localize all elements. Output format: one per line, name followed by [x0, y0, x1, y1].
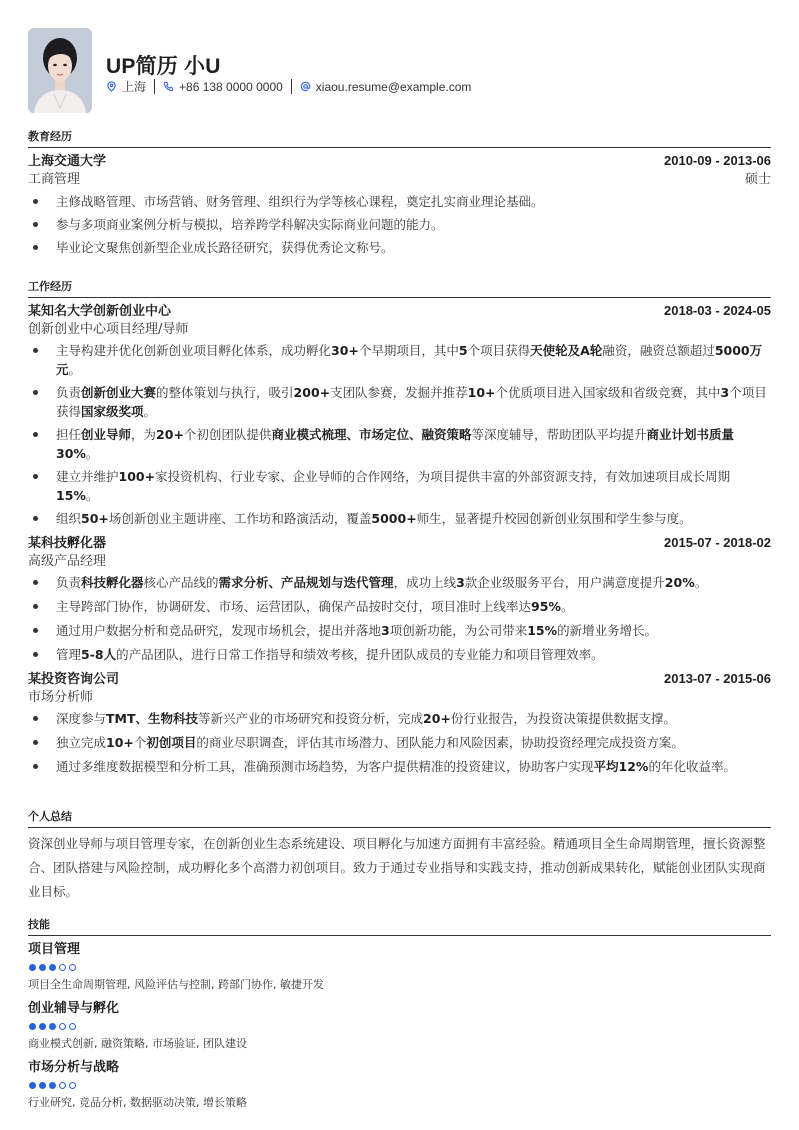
skill-tags: 商业模式创新, 融资策略, 市场验证, 团队建设 [28, 1036, 771, 1052]
contact-email[interactable]: xiaou.resume@example.com [300, 80, 472, 94]
list-item: 独立完成10+个初创项目的商业尽职调查，评估其市场潜力、团队能力和风险因素，协助… [28, 733, 771, 752]
skill-item: 项目管理 项目全生命周期管理, 风险评估与控制, 跨部门协作, 敏捷开发 [28, 940, 771, 993]
major: 工商管理 [28, 171, 80, 188]
map-pin-icon [106, 81, 117, 92]
list-item: 参与多项商业案例分析与模拟，培养跨学科解决实际商业问题的能力。 [28, 215, 771, 234]
summary-section: 个人总结 资深创业导师与项目管理专家，在创新创业生态系统建设、项目孵化与加速方面… [28, 808, 771, 904]
list-item: 通过用户数据分析和竞品研究，发现市场机会，提出并落地3项创新功能，为公司带来15… [28, 621, 771, 640]
contact-info: 上海 +86 138 0000 0000 xiaou.resume@exampl… [106, 78, 471, 95]
section-title-education: 教育经历 [28, 128, 771, 148]
filled-dot-icon [39, 1023, 46, 1030]
skill-tags: 行业研究, 竞品分析, 数据驱动决策, 增长策略 [28, 1095, 771, 1111]
skill-tags: 项目全生命周期管理, 风险评估与控制, 跨部门协作, 敏捷开发 [28, 977, 771, 993]
job-role: 市场分析师 [28, 689, 93, 706]
company-name: 某知名大学创新创业中心 [28, 303, 171, 321]
resume-header: UP简历 小U 上海 +86 138 0000 0000 [28, 0, 771, 125]
education-section: 教育经历 上海交通大学 2010-09 - 2013-06 工商管理 硕士 主修… [28, 128, 771, 261]
work-entry: 某知名大学创新创业中心 2018-03 - 2024-05 创新创业中心项目经理… [28, 302, 771, 528]
work-date: 2018-03 - 2024-05 [664, 302, 771, 320]
skill-level-dots [29, 1082, 771, 1089]
work-section: 工作经历 某知名大学创新创业中心 2018-03 - 2024-05 创新创业中… [28, 278, 771, 782]
contact-divider [154, 79, 155, 94]
filled-dot-icon [39, 964, 46, 971]
empty-dot-icon [69, 1082, 76, 1089]
skill-item: 市场分析与战略 行业研究, 竞品分析, 数据驱动决策, 增长策略 [28, 1058, 771, 1111]
list-item: 负责科技孵化器核心产品线的需求分析、产品规划与迭代管理，成功上线3款企业级服务平… [28, 573, 771, 592]
empty-dot-icon [69, 964, 76, 971]
work-date: 2013-07 - 2015-06 [664, 670, 771, 688]
at-icon [300, 81, 311, 92]
resume-page: UP简历 小U 上海 +86 138 0000 0000 [28, 0, 771, 125]
education-bullets: 主修战略管理、市场营销、财务管理、组织行为学等核心课程，奠定扎实商业理论基础。 … [28, 192, 771, 257]
empty-dot-icon [59, 1023, 66, 1030]
candidate-name: UP简历 小U [106, 50, 221, 80]
empty-dot-icon [69, 1023, 76, 1030]
skill-item: 创业辅导与孵化 商业模式创新, 融资策略, 市场验证, 团队建设 [28, 999, 771, 1052]
phone-text: +86 138 0000 0000 [179, 80, 283, 94]
work-date: 2015-07 - 2018-02 [664, 534, 771, 552]
contact-divider [291, 79, 292, 94]
contact-phone: +86 138 0000 0000 [163, 80, 283, 94]
education-date: 2010-09 - 2013-06 [664, 152, 771, 170]
list-item: 主修战略管理、市场营销、财务管理、组织行为学等核心课程，奠定扎实商业理论基础。 [28, 192, 771, 211]
location-text: 上海 [122, 78, 146, 95]
list-item: 建立并维护100+家投资机构、行业专家、企业导师的合作网络，为项目提供丰富的外部… [28, 467, 771, 505]
filled-dot-icon [39, 1082, 46, 1089]
skill-name: 市场分析与战略 [28, 1058, 771, 1078]
skill-level-dots [29, 1023, 771, 1030]
empty-dot-icon [59, 1082, 66, 1089]
list-item: 管理5-8人的产品团队，进行日常工作指导和绩效考核，提升团队成员的专业能力和项目… [28, 645, 771, 664]
list-item: 负责创新创业大赛的整体策划与执行，吸引200+支团队参赛，发掘并推荐10+个优质… [28, 383, 771, 421]
school-name: 上海交通大学 [28, 153, 106, 171]
email-link[interactable]: xiaou.resume@example.com [316, 80, 472, 94]
list-item: 主导构建并优化创新创业项目孵化体系，成功孵化30+个早期项目，其中5个项目获得天… [28, 341, 771, 379]
work-bullets: 负责科技孵化器核心产品线的需求分析、产品规划与迭代管理，成功上线3款企业级服务平… [28, 573, 771, 664]
portrait-image [28, 28, 92, 113]
empty-dot-icon [59, 964, 66, 971]
filled-dot-icon [49, 1082, 56, 1089]
work-bullets: 深度参与TMT、生物科技等新兴产业的市场研究和投资分析，完成20+份行业报告，为… [28, 709, 771, 776]
section-title-work: 工作经历 [28, 278, 771, 298]
phone-icon [163, 81, 174, 92]
degree: 硕士 [745, 171, 771, 188]
skill-level-dots [29, 964, 771, 971]
list-item: 担任创业导师，为20+个初创团队提供商业模式梳理、市场定位、融资策略等深度辅导，… [28, 425, 771, 463]
section-title-summary: 个人总结 [28, 808, 771, 828]
section-title-skills: 技能 [28, 916, 771, 936]
skill-name: 创业辅导与孵化 [28, 999, 771, 1019]
contact-location: 上海 [106, 78, 146, 95]
filled-dot-icon [49, 964, 56, 971]
filled-dot-icon [29, 964, 36, 971]
company-name: 某科技孵化器 [28, 535, 106, 553]
list-item: 组织50+场创新创业主题讲座、工作坊和路演活动，覆盖5000+师生，显著提升校园… [28, 509, 771, 528]
filled-dot-icon [29, 1082, 36, 1089]
list-item: 深度参与TMT、生物科技等新兴产业的市场研究和投资分析，完成20+份行业报告，为… [28, 709, 771, 728]
list-item: 毕业论文聚焦创新型企业成长路径研究，获得优秀论文称号。 [28, 238, 771, 257]
education-entry: 上海交通大学 2010-09 - 2013-06 工商管理 硕士 主修战略管理、… [28, 152, 771, 257]
filled-dot-icon [49, 1023, 56, 1030]
list-item: 主导跨部门协作，协调研发、市场、运营团队，确保产品按时交付，项目准时上线率达95… [28, 597, 771, 616]
list-item: 通过多维度数据模型和分析工具，准确预测市场趋势，为客户提供精准的投资建议，协助客… [28, 757, 771, 776]
skill-name: 项目管理 [28, 940, 771, 960]
work-bullets: 主导构建并优化创新创业项目孵化体系，成功孵化30+个早期项目，其中5个项目获得天… [28, 341, 771, 528]
skills-section: 技能 项目管理 项目全生命周期管理, 风险评估与控制, 跨部门协作, 敏捷开发 … [28, 916, 771, 1117]
job-role: 高级产品经理 [28, 553, 106, 570]
work-entry: 某科技孵化器 2015-07 - 2018-02 高级产品经理 负责科技孵化器核… [28, 534, 771, 664]
work-entry: 某投资咨询公司 2013-07 - 2015-06 市场分析师 深度参与TMT、… [28, 670, 771, 776]
company-name: 某投资咨询公司 [28, 671, 119, 689]
job-role: 创新创业中心项目经理/导师 [28, 321, 188, 338]
profile-photo [28, 28, 92, 113]
summary-text: 资深创业导师与项目管理专家，在创新创业生态系统建设、项目孵化与加速方面拥有丰富经… [28, 832, 771, 904]
filled-dot-icon [29, 1023, 36, 1030]
